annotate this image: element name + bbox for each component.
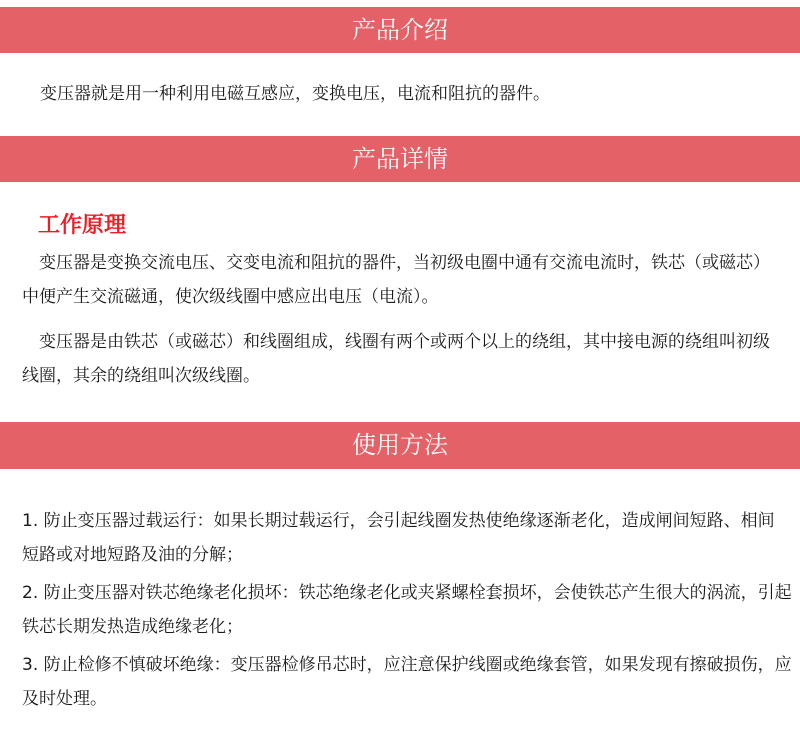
section-title: 使用方法: [352, 422, 448, 469]
section-title: 产品介绍: [352, 7, 448, 53]
intro-text: 变压器就是用一种利用电磁互感应，变换电压，电流和阻抗的器件。: [40, 77, 780, 111]
section-title: 产品详情: [352, 136, 448, 182]
section-header-usage: 使用方法: [0, 422, 800, 469]
section-header-intro: 产品介绍: [0, 7, 800, 53]
usage-item: 1. 防止变压器过载运行：如果长期过载运行，会引起线圈发热使绝缘逐渐老化，造成闸…: [22, 504, 782, 572]
subtitle-working-principle: 工作原理: [38, 208, 126, 239]
section-header-details: 产品详情: [0, 136, 800, 182]
usage-item: 3. 防止检修不慎破坏绝缘：变压器检修吊芯时，应注意保护线圈或绝缘套管，如果发现…: [22, 648, 792, 716]
usage-item: 2. 防止变压器对铁芯绝缘老化损坏：铁芯绝缘老化或夹紧螺栓套损坏，会使铁芯产生很…: [22, 576, 792, 644]
details-paragraph: 变压器是变换交流电压、交变电流和阻抗的器件，当初级电圈中通有交流电流时，铁芯（或…: [22, 246, 762, 314]
details-paragraph: 变压器是由铁芯（或磁芯）和线圈组成，线圈有两个或两个以上的绕组，其中接电源的绕组…: [22, 325, 782, 393]
